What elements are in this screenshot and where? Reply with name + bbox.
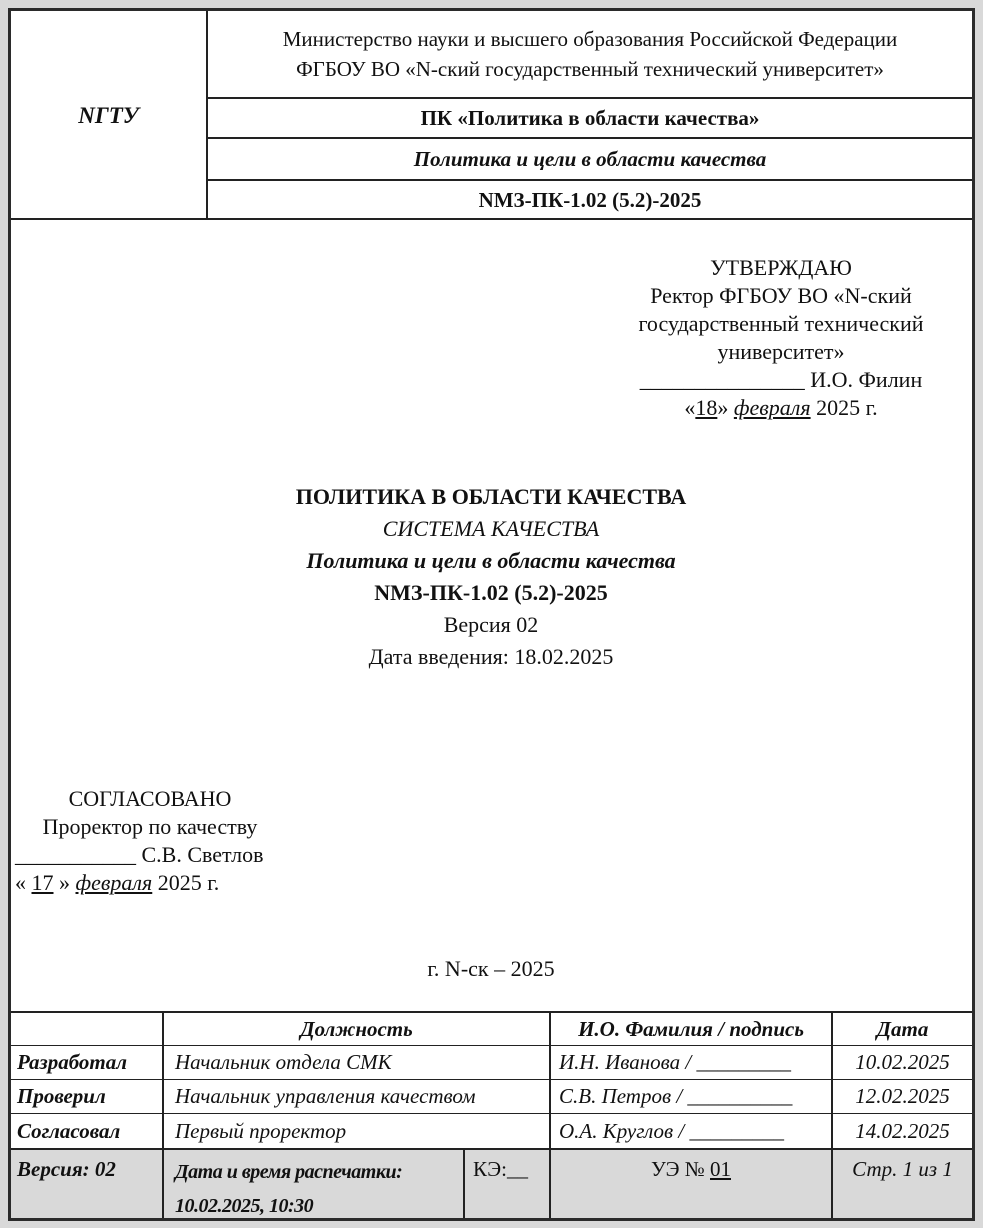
signature-table: Должность И.О. Фамилия / подпись Дата Ра… [11, 1011, 972, 1218]
document-code-main: NMЗ-ПК-1.02 (5.2)-2025 [191, 577, 791, 609]
agreement-position: Проректор по качеству [15, 813, 285, 841]
header-table: NГТУ Министерство науки и высшего образо… [11, 11, 972, 220]
agreement-block: СОГЛАСОВАНО Проректор по качеству ______… [15, 785, 285, 897]
document-title: ПОЛИТИКА В ОБЛАСТИ КАЧЕСТВА [191, 481, 791, 513]
agreement-month: февраля [76, 870, 153, 895]
table-row-date: 14.02.2025 [833, 1114, 972, 1148]
process-name: ПК «Политика в области качества» [208, 99, 972, 137]
system-name: СИСТЕМА КАЧЕСТВА [191, 513, 791, 545]
ministry-cell: Министерство науки и высшего образования… [208, 11, 972, 97]
ministry-line-2: ФГБОУ ВО «N-ский государственный техниче… [296, 54, 884, 84]
footer-ue: УЭ № 01 [551, 1153, 831, 1185]
document-code: NMЗ-ПК-1.02 (5.2)-2025 [208, 181, 972, 218]
signature-blank: _______________ [640, 367, 805, 392]
signature-blank: _________ [690, 1119, 785, 1144]
org-logo-text: NГТУ [11, 11, 206, 220]
document-frame: NГТУ Министерство науки и высшего образо… [0, 0, 983, 1228]
footer-print-datetime: Дата и время распечатки: 10.02.2025, 10:… [175, 1155, 463, 1223]
agreement-year: 2025 г. [158, 870, 220, 895]
document-page: NГТУ Министерство науки и высшего образо… [8, 8, 975, 1221]
print-value: 10.02.2025, 10:30 [175, 1189, 463, 1223]
table-row-role: Разработал [17, 1046, 127, 1079]
table-row-name: С.В. Петров / __________ [559, 1080, 792, 1113]
table-row-date: 10.02.2025 [833, 1046, 972, 1079]
table-row-name: И.Н. Иванова / _________ [559, 1046, 791, 1079]
approval-signer: И.О. Филин [810, 367, 922, 392]
footer-version: Версия: 02 [17, 1153, 116, 1185]
column-header-date: Дата [833, 1013, 972, 1045]
agreement-signer: С.В. Светлов [142, 842, 264, 867]
table-row-position: Первый проректор [175, 1114, 346, 1148]
table-row-date: 12.02.2025 [833, 1080, 972, 1113]
column-header-position: Должность [164, 1013, 549, 1045]
approval-line-1: Ректор ФГБОУ ВО «N-ский [611, 282, 951, 310]
table-row-position: Начальник отдела СМК [175, 1046, 392, 1079]
signature-blank: ___________ [15, 842, 136, 867]
document-version: Версия 02 [191, 609, 791, 641]
introduction-date: Дата введения: 18.02.2025 [191, 641, 791, 673]
approval-date: «18» февраля 2025 г. [611, 394, 951, 422]
approval-block: УТВЕРЖДАЮ Ректор ФГБОУ ВО «N-ский госуда… [611, 254, 951, 422]
agreement-day: 17 [32, 870, 54, 895]
ue-number: 01 [710, 1157, 731, 1182]
signature-blank: _________ [696, 1050, 791, 1075]
approval-month: февраля [734, 395, 811, 420]
approval-day: 18 [695, 395, 717, 420]
footer-page-number: Стр. 1 из 1 [833, 1153, 972, 1185]
approval-line-3: университет» [611, 338, 951, 366]
approval-line-2: государственный технический [611, 310, 951, 338]
table-row-name: О.А. Круглов / _________ [559, 1114, 784, 1148]
agreement-signature-line: ___________ С.В. Светлов [15, 841, 285, 869]
approval-year: 2025 г. [816, 395, 878, 420]
table-row-position: Начальник управления качеством [175, 1080, 476, 1113]
document-subtitle: Политика и цели в области качества [191, 545, 791, 577]
ministry-line-1: Министерство науки и высшего образования… [283, 24, 898, 54]
document-name: Политика и цели в области качества [208, 139, 972, 179]
table-row-role: Проверил [17, 1080, 106, 1113]
footer-ke: КЭ:__ [473, 1153, 528, 1185]
agreement-date: « 17 » февраля 2025 г. [15, 869, 285, 897]
approval-signature-line: _______________ И.О. Филин [611, 366, 951, 394]
column-header-name: И.О. Фамилия / подпись [551, 1013, 831, 1045]
table-row-role: Согласовал [17, 1114, 120, 1148]
print-label: Дата и время распечатки: [175, 1155, 463, 1189]
city-year: г. N-ск – 2025 [341, 955, 641, 983]
title-block: ПОЛИТИКА В ОБЛАСТИ КАЧЕСТВА СИСТЕМА КАЧЕ… [191, 481, 791, 673]
agreement-title: СОГЛАСОВАНО [15, 785, 285, 813]
approval-title: УТВЕРЖДАЮ [611, 254, 951, 282]
signature-blank: __________ [687, 1084, 792, 1109]
